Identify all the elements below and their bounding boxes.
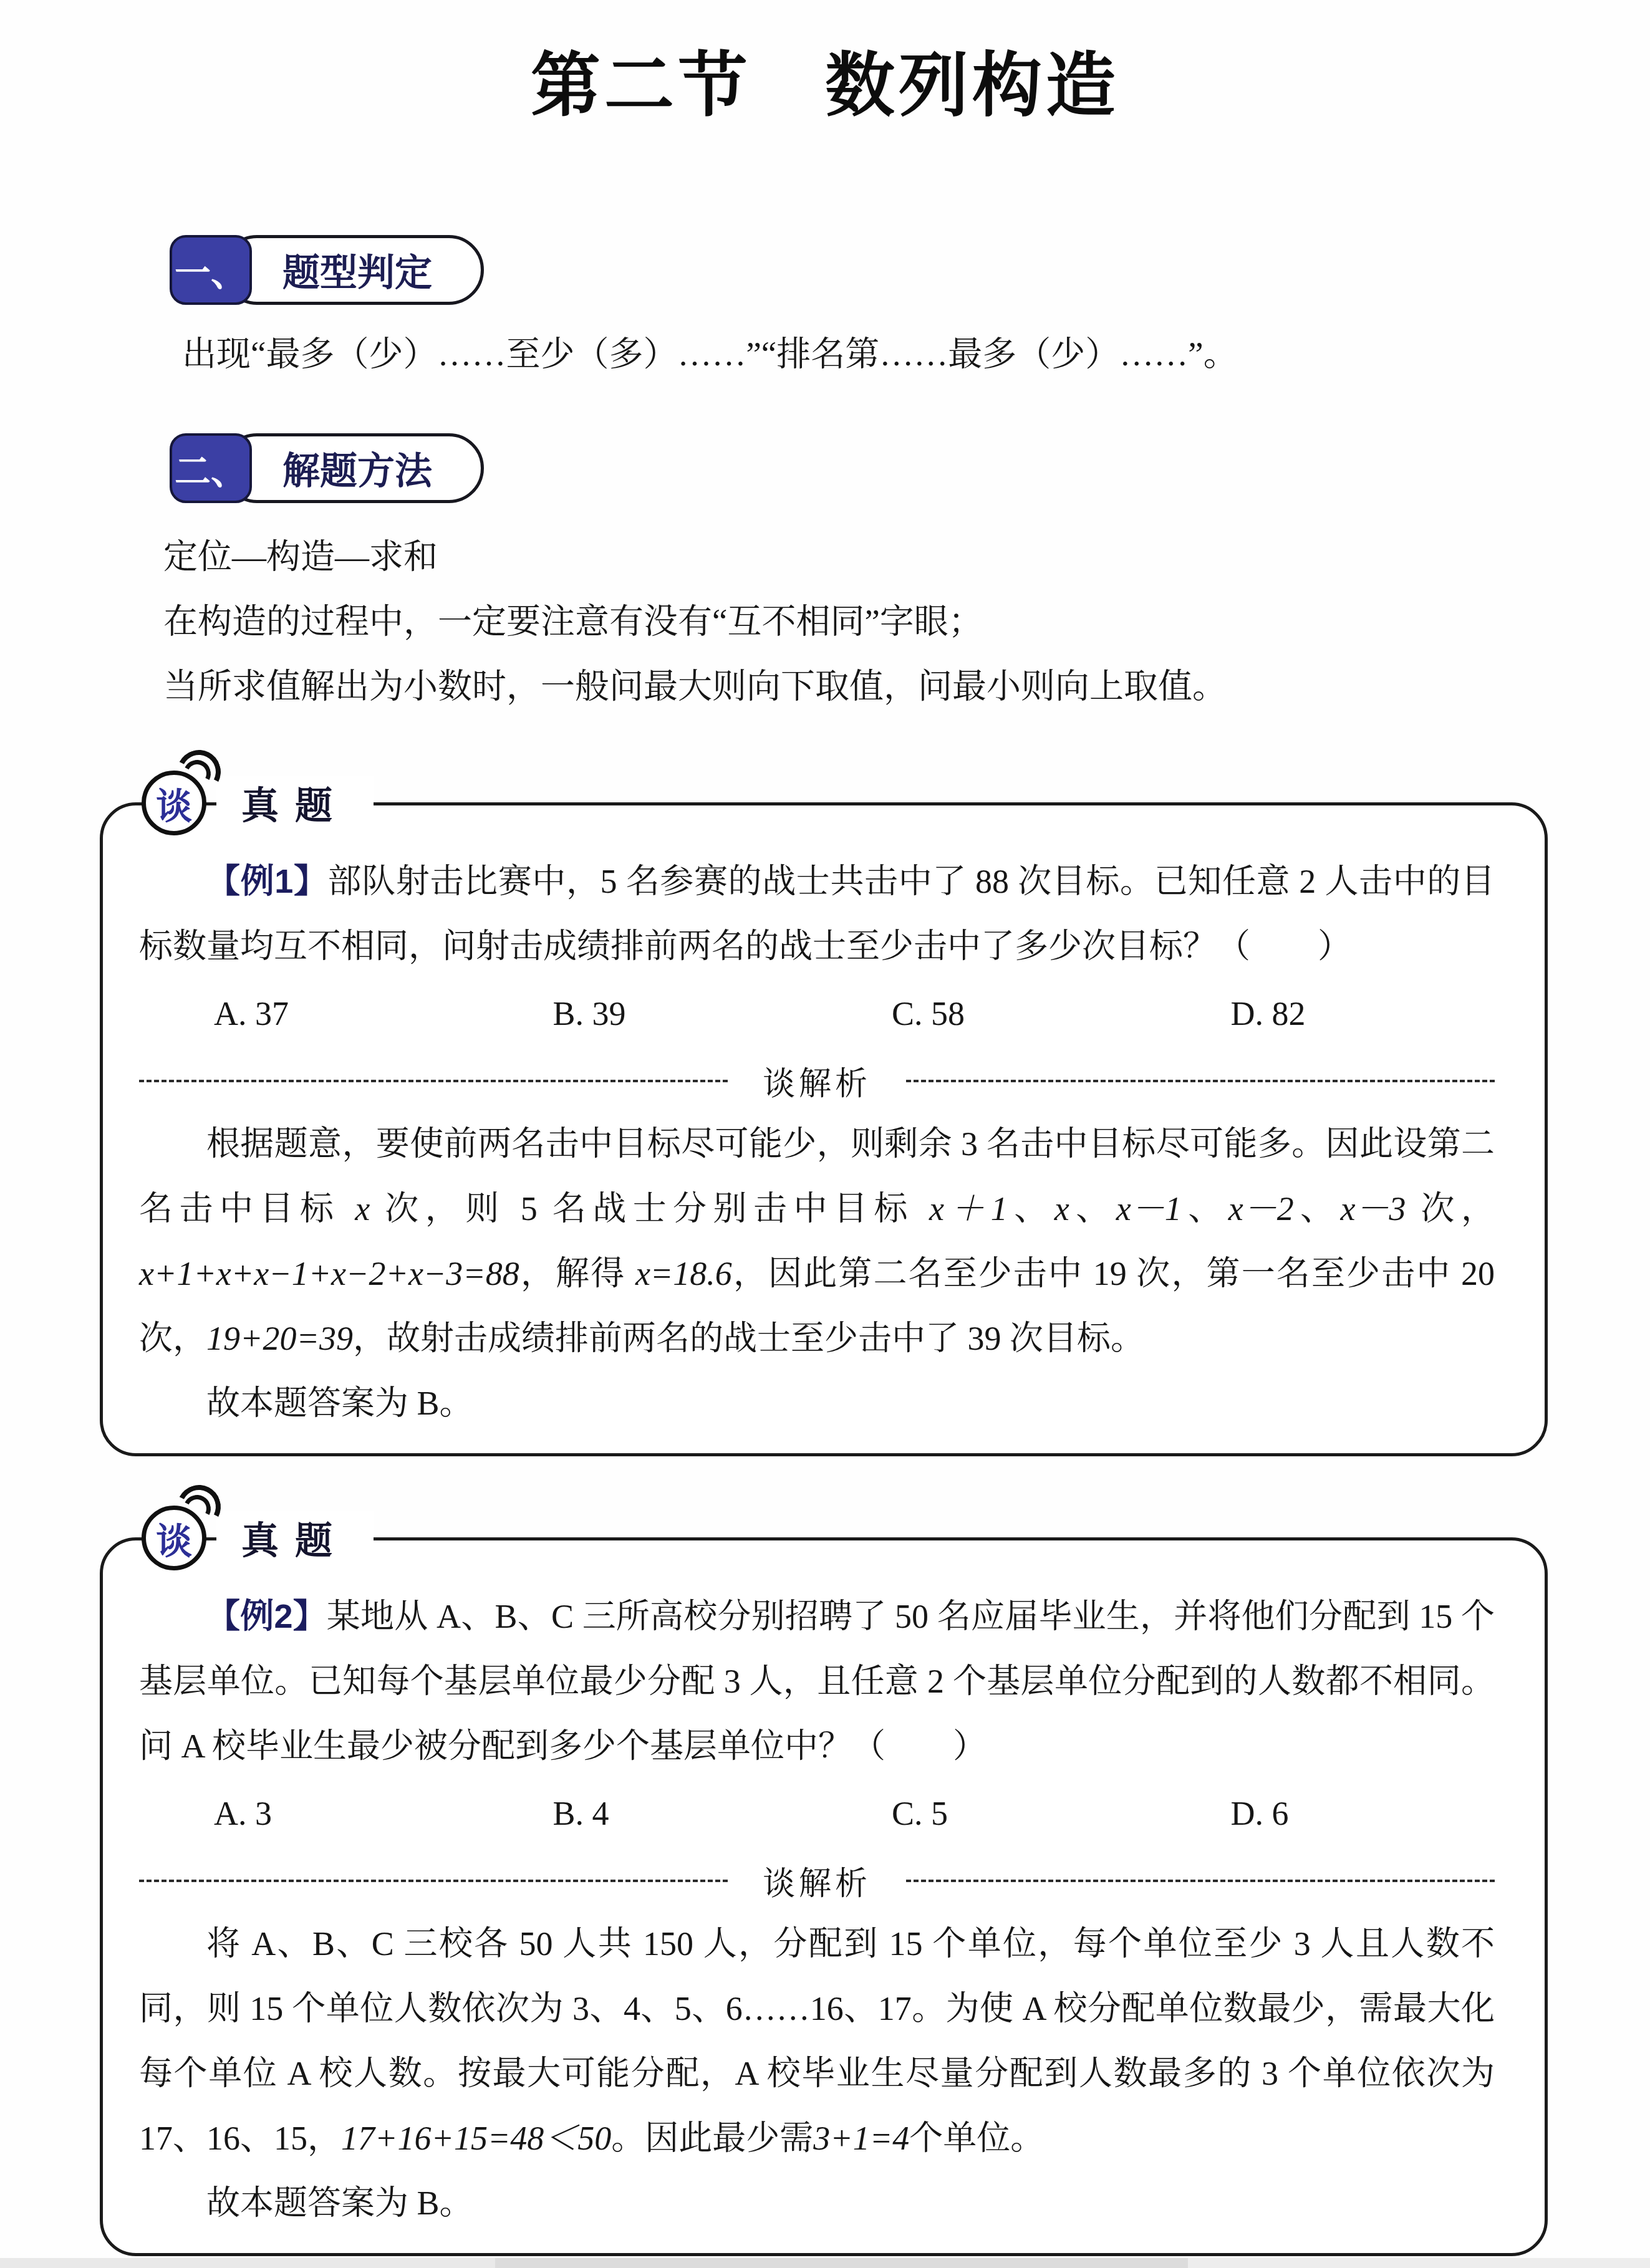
option: C. 5 [817,1781,1156,1846]
example-box-1: 谈 真题 【例1】部队射击比赛中，5 名参赛的战士共击中了 88 次目标。已知任… [100,802,1548,1456]
text-segment: 、 [1182,1190,1228,1228]
example-box-2: 谈 真题 【例2】某地从 A、B、C 三所高校分别招聘了 50 名应届毕业生，并… [100,1537,1548,2256]
option: B. 4 [478,1781,818,1846]
talk-badge: 谈 真题 [142,771,374,835]
talk-broadcast-icon: 谈 [142,771,206,835]
talk-badge-label: 真题 [216,776,374,830]
scan-edge [0,2258,1650,2268]
text-segment: 个单位。 [909,2120,1044,2157]
text-segment: 、 [1008,1190,1054,1228]
answer-text: 故本题答案为 B。 [139,1371,1495,1436]
section-label-pill: 题型判定 [222,235,484,305]
section-number-badge: 一、 [170,235,252,305]
math-segment: x+1+x+x−1+x−2+x−3=88 [139,1255,519,1292]
section-badge-method: 二、 解题方法 [170,433,484,503]
talk-badge-label: 真题 [216,1511,374,1565]
question-paragraph: 【例2】某地从 A、B、C 三所高校分别招聘了 50 名应届毕业生，并将他们分配… [139,1584,1495,1779]
talk-icon-char: 谈 [156,777,192,829]
answer-text: 故本题答案为 B。 [139,2171,1495,2236]
page: 第二节 数列构造 一、 题型判定 出现“最多（少）……至少（多）……”“排名第…… [0,0,1650,2268]
text-segment: 、 [1294,1190,1341,1228]
option: A. 3 [139,1781,478,1846]
options-row: A. 37 B. 39 C. 58 D. 82 [139,981,1495,1046]
math-segment: 3+1=4 [813,2120,909,2157]
option: C. 58 [817,981,1156,1046]
math-segment: 17+16+15=48＜50 [341,2120,611,2157]
divider-line-right [906,1880,1495,1882]
text-segment: 、 [1069,1190,1116,1228]
math-segment: 19+20=39 [206,1320,353,1357]
section-label-pill: 解题方法 [222,433,484,503]
method-lines: 定位—构造—求和 在构造的过程中，一定要注意有没有“互不相同”字眼； 当所求值解… [163,524,1650,719]
divider-label: 谈解析 [728,1857,906,1904]
text-segment: ，解得 [519,1255,635,1292]
math-segment: x=18.6 [635,1255,732,1292]
math-segment: x＋1 [929,1190,1008,1228]
page-title: 第二节 数列构造 [0,0,1650,130]
talk-broadcast-icon: 谈 [142,1506,206,1570]
math-segment: x－3 [1341,1190,1406,1228]
divider-line-right [906,1080,1495,1082]
question-text: 部队射击比赛中，5 名参赛的战士共击中了 88 次目标。已知任意 2 人击中的目… [139,863,1495,965]
math-segment: x－2 [1228,1190,1294,1228]
question-paragraph: 【例1】部队射击比赛中，5 名参赛的战士共击中了 88 次目标。已知任意 2 人… [139,849,1495,979]
math-segment: x [1054,1190,1069,1228]
math-segment: x－1 [1116,1190,1182,1228]
text-segment: ，故射击成绩排前两名的战士至少击中了 39 次目标。 [353,1320,1144,1357]
example-tag: 【例1】 [206,863,328,900]
question-text: 某地从 A、B、C 三所高校分别招聘了 50 名应届毕业生，并将他们分配到 15… [139,1598,1495,1765]
option: D. 6 [1156,1781,1495,1846]
divider-label: 谈解析 [728,1057,906,1104]
divider-line-left [139,1080,728,1082]
section-badge-type-judgement: 一、 题型判定 [170,235,484,305]
text-segment: 。因此最少需 [611,2120,813,2157]
section-one-body: 出现“最多（少）……至少（多）……”“排名第……最多（少）……”。 [182,332,1650,376]
option: D. 82 [1156,981,1495,1046]
method-line: 当所求值解出为小数时，一般问最大则向下取值，问最小则向上取值。 [163,654,1650,719]
text-segment: 次，则 5 名战士分别击中目标 [370,1190,929,1228]
options-row: A. 3 B. 4 C. 5 D. 6 [139,1781,1495,1846]
solution-paragraph: 将 A、B、C 三校各 50 人共 150 人，分配到 15 个单位，每个单位至… [139,1911,1495,2171]
text-segment: 次， [1406,1190,1495,1228]
method-line: 在构造的过程中，一定要注意有没有“互不相同”字眼； [163,589,1650,654]
solution-paragraph: 根据题意，要使前两名击中目标尽可能少，则剩余 3 名击中目标尽可能多。因此设第二… [139,1112,1495,1371]
example-tag: 【例2】 [206,1598,327,1635]
option: A. 37 [139,981,478,1046]
option: B. 39 [478,981,818,1046]
talk-badge: 谈 真题 [142,1506,374,1570]
section-number-badge: 二、 [170,433,252,503]
analysis-divider: 谈解析 [139,1857,1495,1904]
math-segment: x [355,1190,370,1228]
talk-icon-char: 谈 [156,1512,192,1564]
method-line: 定位—构造—求和 [163,524,1650,589]
divider-line-left [139,1880,728,1882]
analysis-divider: 谈解析 [139,1057,1495,1104]
